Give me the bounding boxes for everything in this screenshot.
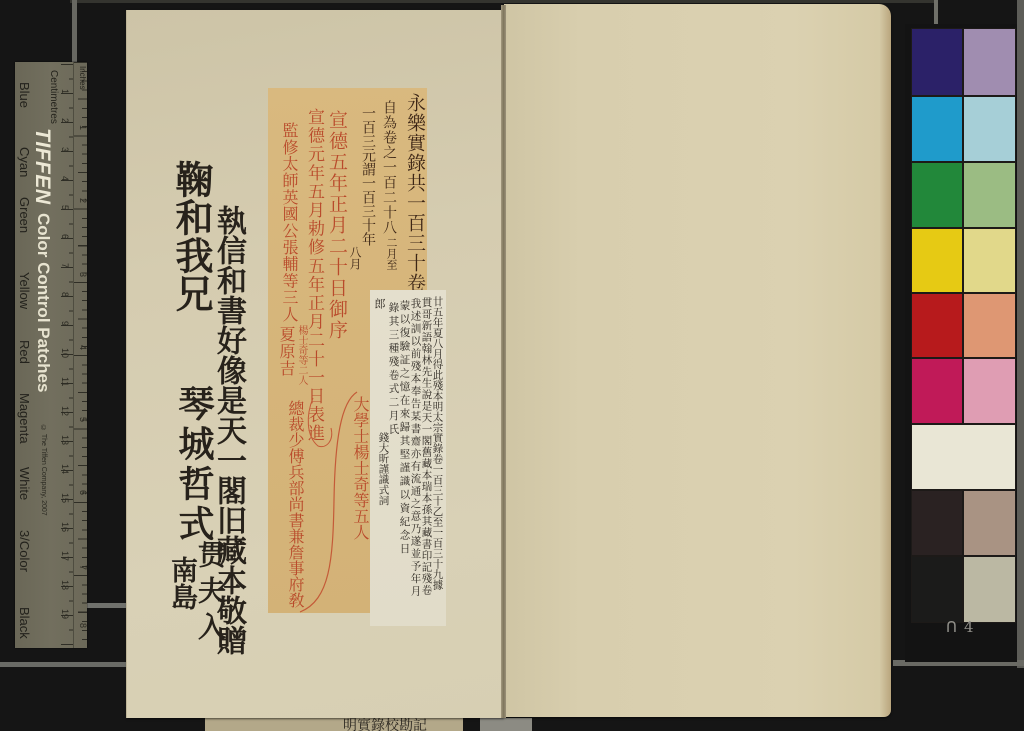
patch-green-tint [963, 162, 1016, 228]
stand-right-top-line [934, 0, 938, 26]
cm-number: 19 [60, 609, 69, 619]
cm-number: 6 [60, 234, 69, 239]
stand-top-line [70, 0, 935, 3]
cm-number: 15 [60, 493, 69, 503]
inch-number: 3 [78, 272, 87, 277]
ruler-color-name: 3/Color [18, 530, 31, 572]
slip-column: 自為卷之一百二十八 [382, 100, 396, 235]
ruler-color-name: Magenta [18, 393, 31, 444]
patch-yellow [911, 228, 963, 293]
inscription-column: 鞠和我兄 [172, 160, 210, 312]
cm-number: 18 [60, 580, 69, 590]
ruler-title: Color Control Patches [35, 213, 52, 392]
patch-white [911, 424, 1016, 490]
inch-number: 2 [78, 198, 87, 203]
patch-3color-tint [963, 490, 1016, 556]
cm-number: 14 [60, 464, 69, 474]
patch-cyan-tint [963, 96, 1016, 162]
cm-number: 16 [60, 522, 69, 532]
cm-number: 4 [60, 176, 69, 181]
note-column: 錄其三種殘卷式二月氏 [388, 302, 399, 437]
patch-red [911, 293, 963, 358]
slip-column: 一百三元謂一百三十年 [361, 106, 375, 246]
ruler-color-name: Red [18, 340, 31, 364]
patch-cyan [911, 96, 963, 162]
patch-magenta [911, 358, 963, 424]
inches-label: Inches [78, 66, 86, 90]
patch-black [911, 556, 963, 623]
patch-magenta-tint [963, 358, 1016, 424]
stand-left-vertical-line [72, 0, 77, 62]
slip-column: 總裁少傅兵部尚書兼詹事府敎 [287, 400, 303, 608]
note-column: 錢大昕謹識式詞 [378, 432, 389, 506]
slip-column: 監修太師英國公張輔等三人 [281, 122, 297, 322]
note-column: 蒙以復驗証之憶在來歸其堅謹識以資紀念日 [399, 300, 410, 557]
slip-column: 永樂實錄共一百三十卷 [405, 93, 424, 293]
patch-gray [963, 556, 1016, 623]
patch-blue-tint [963, 28, 1016, 96]
inch-number: 7 [78, 565, 87, 570]
cm-number: 11 [60, 377, 69, 386]
stand-right-edge-line [1017, 0, 1024, 668]
ruler-color-name: Cyan [18, 147, 31, 177]
inch-number: 4 [78, 345, 87, 350]
slip-column: 宣德五年正月二十日御序 [327, 110, 346, 341]
cm-number: 9 [60, 321, 69, 326]
cm-number: 8 [60, 292, 69, 297]
right-page [504, 4, 891, 717]
patch-chart-label: ᑎ4 [946, 620, 981, 635]
patch-yellow-tint [963, 228, 1016, 293]
slip-column: 夏原吉 [278, 326, 294, 377]
stand-mid-horizontal-line [87, 603, 129, 608]
cm-number: 1 [60, 89, 69, 94]
note-column: 郎 [374, 298, 385, 309]
tiffen-ruler: Blue Cyan Green Yellow Red Magenta White… [15, 62, 87, 648]
inscription-column: 南島 [168, 556, 195, 610]
ruler-color-name: Green [18, 197, 31, 233]
ruler-copyright: © The Tiffen Company, 2007 [40, 425, 47, 516]
ruler-color-name: Black [18, 607, 31, 639]
note-column: 我述訓以前殘本奉告某書齋亦有流通之意乃遂並予年月 [410, 298, 421, 598]
patch-green [911, 162, 963, 228]
inscription-column: 贯夫入 [196, 540, 224, 648]
slip-column: 大學士楊士奇等五人 [352, 396, 368, 540]
book-spine [501, 5, 506, 718]
inch-number: 6 [78, 490, 87, 495]
cm-number: 12 [60, 406, 69, 416]
scan-scene: Blue Cyan Green Yellow Red Magenta White… [0, 0, 1024, 731]
inch-number: 1 [78, 125, 87, 130]
stand-bottom-left-line [0, 662, 128, 667]
tiffen-logo: TIFFEN [32, 128, 53, 205]
cm-number: 10 [60, 348, 69, 358]
patch-blue [911, 28, 963, 96]
note-column: 貫哥新語翰林先生說是天一閣舊藏本瑞本孫其藏書印記殘卷 [421, 297, 432, 596]
inch-eighth-ticks [82, 62, 87, 648]
cm-number: 5 [60, 205, 69, 210]
inch-number: 5 [78, 417, 87, 422]
cm-number: 7 [60, 263, 69, 268]
bottom-tab-slip: 明實錄校勘記 [205, 716, 463, 731]
inscription-column: 琴城哲式 [176, 385, 212, 545]
ruler-color-name: White [18, 467, 31, 500]
ruler-color-name: Yellow [18, 272, 31, 309]
slip-column: 八月 [349, 246, 361, 270]
bottom-tab-text: 明實錄校勘記 [343, 719, 427, 731]
ruler-color-name: Blue [18, 82, 31, 108]
centimetres-label: Centimetres [48, 70, 58, 124]
cm-number: 3 [60, 147, 69, 152]
cm-number: 13 [60, 435, 69, 445]
slip-column: 二月至 [386, 237, 397, 270]
inch-number: 8 [78, 623, 87, 628]
patch-3color [911, 490, 963, 556]
slip-column: 宣德元年五月勅修五年正月二十一日表進 [305, 108, 322, 443]
patch-red-tint [963, 293, 1016, 358]
slip-column: 楊士奇等二人 [296, 325, 306, 385]
cm-number: 17 [60, 551, 69, 561]
note-column: 廿五年夏八月得此殘本明太宗實錄卷一百三十乙至一百三十九據 [432, 296, 443, 590]
bottom-backing-sheet [480, 718, 532, 731]
cm-number: 2 [60, 118, 69, 123]
